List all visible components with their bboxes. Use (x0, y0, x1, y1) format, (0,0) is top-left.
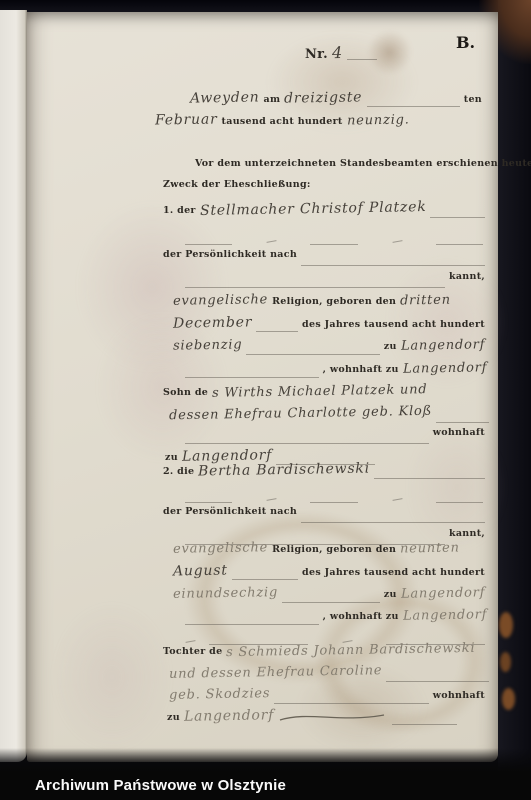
blank-rule (367, 93, 460, 107)
religion-label: Religion, geboren den (272, 544, 396, 555)
bride-mother-maiden-line: geb. Skodzies wohnhaft (169, 687, 485, 704)
groom-father-line: Sohn de s Wirths Michael Platzek und (163, 384, 493, 401)
groom-birth-day: dritten (400, 293, 451, 309)
blank-rule (246, 341, 379, 355)
wohnhaft-label: wohnhaft (433, 427, 485, 438)
bride-parents-residence-line: zu Langendorf (167, 708, 457, 725)
book-photo: Nr. 4 B. Aweyden am dreizigste ten Febru… (0, 0, 531, 800)
paper-stain (52, 602, 172, 752)
groom-religion-line: evangelische Religion, geboren den dritt… (173, 293, 485, 310)
bride-index-label: 2. die (163, 466, 194, 477)
archive-watermark-text: Archiwum Państwowe w Olsztynie (0, 771, 531, 800)
groom-known-line: kannt, (185, 271, 485, 288)
month-year-line: Februar tausend acht hundert neunzig. (155, 112, 435, 129)
groom-birth-month-line: December des Jahres tausend acht hundert (173, 315, 485, 332)
pen-flourish (278, 711, 388, 723)
groom-mother-line: dessen Ehefrau Charlotte geb. Kloß (169, 406, 489, 423)
blank-rule (392, 711, 457, 725)
pen-mark (266, 492, 277, 501)
rust-spot (502, 688, 515, 710)
bride-parents-residence: Langendorf (184, 707, 274, 725)
blank-rule (185, 611, 319, 625)
pen-mark (341, 634, 352, 643)
zu-label: zu (384, 341, 397, 352)
bride-name-line: 2. die Bertha Bardischewski (163, 462, 485, 479)
blank-rule (374, 465, 485, 479)
intro-text-2: Zweck der Eheschließung: (163, 179, 311, 190)
blank-rule (436, 409, 489, 423)
bride-name: Bertha Bardischewski (198, 461, 370, 480)
blank-rule (282, 589, 380, 603)
pen-mark (184, 634, 195, 643)
blank-rule (436, 489, 483, 503)
record-place: Aweyden (190, 89, 260, 106)
bride-residence-line: , wohnhaft zu Langendorf (185, 608, 487, 625)
rust-spot (499, 612, 513, 638)
groom-birth-year-line: siebenzig zu Langendorf (173, 338, 485, 355)
groom-name: Stellmacher Christof Platzek (200, 199, 427, 219)
groom-name-line: 1. der Stellmacher Christof Platzek (163, 201, 485, 218)
groom-birth-place: Langendorf (401, 337, 486, 353)
pen-mark (391, 234, 402, 243)
pen-mark (391, 492, 402, 501)
place-date-line: Aweyden am dreizigste ten (190, 90, 482, 107)
pen-mark (266, 234, 277, 243)
intro-text-1: Vor dem unterzeichneten Standesbeamten e… (195, 158, 531, 169)
record-month: Februar (155, 111, 218, 128)
groom-residence-line: , wohnhaft zu Langendorf (185, 361, 487, 378)
intro-line-1: Vor dem unterzeichneten Standesbeamten e… (195, 158, 531, 175)
blank-rule (301, 509, 485, 523)
groom-birth-month: December (173, 314, 253, 331)
blank-rule (274, 690, 428, 704)
known-suffix: kannt, (449, 271, 485, 282)
groom-identity-line: der Persönlichkeit nach (163, 249, 485, 266)
bride-birth-day: neunten (400, 540, 460, 556)
bride-father: s Schmieds Johann Bardischewski (226, 641, 476, 660)
facing-page-edge (0, 10, 27, 762)
bride-residence: Langendorf (403, 607, 488, 623)
blank-rule (436, 231, 483, 245)
groom-parents-wohnhaft-line: wohnhaft (185, 427, 485, 444)
zu-label: zu (384, 589, 397, 600)
blank-rule (347, 46, 377, 60)
intro-line-2: Zweck der Eheschließung: (163, 179, 311, 196)
religion-label: Religion, geboren den (272, 296, 396, 307)
blank-rule (185, 231, 232, 245)
resident-label: , wohnhaft zu (323, 611, 399, 622)
identity-label: der Persönlichkeit nach (163, 506, 297, 517)
record-day: dreizigste (284, 89, 363, 106)
bride-mother-maiden: geb. Skodzies (169, 686, 271, 703)
blank-rule (301, 252, 485, 266)
bride-birth-place: Langendorf (401, 585, 486, 601)
record-number-value: 4 (332, 43, 343, 62)
am-label: am (264, 94, 281, 105)
blank-rule (310, 489, 357, 503)
wohnhaft-label: wohnhaft (433, 690, 485, 701)
blank-rule (185, 489, 232, 503)
zu-label: zu (167, 712, 180, 723)
bride-birth-year: einundsechzig (173, 585, 278, 602)
known-suffix: kannt, (449, 528, 485, 539)
groom-index-label: 1. der (163, 205, 196, 216)
blank-rule (386, 668, 489, 682)
register-page: Nr. 4 B. Aweyden am dreizigste ten Febru… (27, 12, 498, 762)
bride-mother-line: und dessen Ehefrau Caroline (169, 665, 489, 682)
bride-mother: und dessen Ehefrau Caroline (169, 663, 383, 682)
blank-rule (185, 430, 429, 444)
bride-father-line: Tochter de s Schmieds Johann Bardischews… (163, 643, 503, 660)
groom-religion: evangelische (173, 292, 268, 309)
resident-label: , wohnhaft zu (323, 364, 399, 375)
record-number-label: Nr. (305, 47, 328, 62)
year-of-label: des Jahres tausend acht hundert (302, 319, 485, 330)
bride-birth-month-line: August des Jahres tausend acht hundert (173, 563, 485, 580)
blank-line (185, 486, 483, 503)
blank-line (185, 228, 483, 245)
son-of-label: Sohn de (163, 387, 208, 398)
groom-residence: Langendorf (403, 360, 488, 376)
blank-rule (310, 231, 357, 245)
record-number-line: Nr. 4 (305, 43, 405, 60)
watermark-bar: Archiwum Państwowe w Olsztynie (0, 771, 531, 800)
blank-rule (232, 566, 298, 580)
blank-rule (430, 204, 485, 218)
identity-label: der Persönlichkeit nach (163, 249, 297, 260)
page-bottom-shadow (0, 748, 531, 772)
groom-father: s Wirths Michael Platzek und (212, 382, 428, 401)
bride-birth-month: August (173, 563, 228, 580)
ten-suffix: ten (464, 94, 482, 105)
year-of-label: des Jahres tausend acht hundert (302, 567, 485, 578)
blank-rule (256, 318, 298, 332)
thousand-label: tausend acht hundert (222, 116, 343, 127)
daughter-of-label: Tochter de (163, 646, 222, 657)
blank-rule (185, 274, 445, 288)
blank-rule (185, 364, 319, 378)
bride-religion-line: evangelische Religion, geboren den neunt… (173, 541, 493, 558)
page-letter: B. (456, 33, 475, 52)
bride-religion: evangelische (173, 540, 268, 557)
bride-identity-line: der Persönlichkeit nach (163, 506, 485, 523)
groom-birth-year: siebenzig (173, 337, 243, 353)
groom-mother: dessen Ehefrau Charlotte geb. Kloß (169, 404, 432, 424)
bride-birth-year-line: einundsechzig zu Langendorf (173, 586, 485, 603)
record-year: neunzig. (346, 112, 409, 128)
